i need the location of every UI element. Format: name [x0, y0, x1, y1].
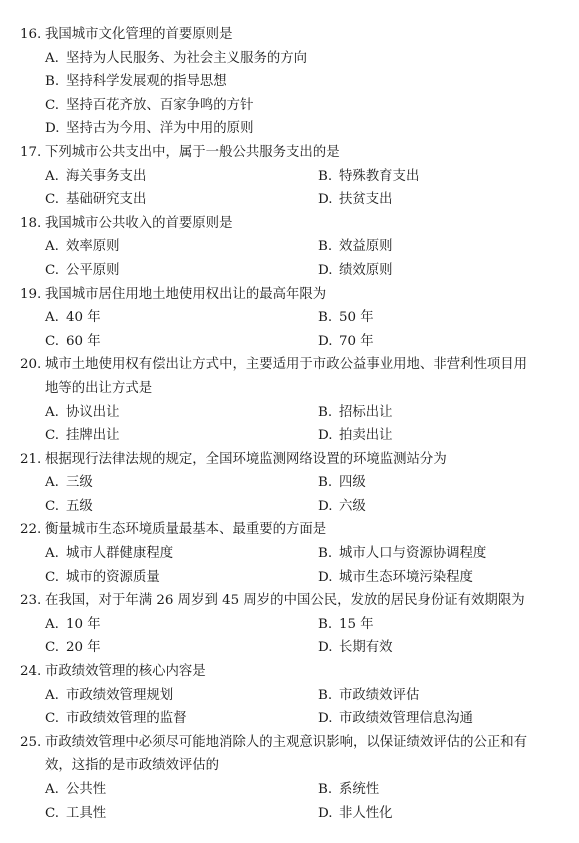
option-d: D.长期有效 [318, 636, 393, 660]
option-letter: D. [45, 117, 66, 141]
question-stem: 城市土地使用权有偿出让方式中，主要适用于市政公益事业用地、非营利性项目用 [45, 353, 527, 377]
question-16: 16. 我国城市文化管理的首要原则是 A.坚持为人民服务、为社会主义服务的方向 … [0, 23, 579, 141]
option-c: C.60 年 [45, 330, 101, 354]
option-d: D.非人性化 [318, 802, 393, 826]
question-number: 18. [20, 212, 41, 236]
question-22: 22. 衡量城市生态环境质量最基本、最重要的方面是 A.城市人群健康程度 B.城… [0, 518, 579, 589]
option-letter: B. [318, 401, 339, 425]
option-letter: A. [45, 778, 66, 802]
option-b: B.50 年 [318, 306, 374, 330]
question-21: 21. 根据现行法律法规的规定，全国环境监测网络设置的环境监测站分为 A.三级 … [0, 448, 579, 519]
option-text: 40 年 [66, 310, 101, 325]
option-b: B.效益原则 [318, 235, 393, 259]
option-letter: D. [318, 636, 339, 660]
question-stem: 我国城市公共收入的首要原则是 [45, 212, 232, 236]
option-c: C.基础研究支出 [45, 188, 146, 212]
option-text: 市政绩效评估 [339, 688, 419, 703]
option-letter: A. [45, 165, 66, 189]
question-19: 19. 我国城市居住用地土地使用权出让的最高年限为 A.40 年 B.50 年 … [0, 283, 579, 354]
option-text: 拍卖出让 [339, 428, 393, 443]
question-number: 17. [20, 141, 41, 165]
option-d: D.城市生态环境污染程度 [318, 566, 473, 590]
question-stem: 根据现行法律法规的规定，全国环境监测网络设置的环境监测站分为 [45, 448, 447, 472]
option-b: B.15 年 [318, 613, 374, 637]
option-b: B.四级 [318, 471, 366, 495]
question-number: 19. [20, 283, 41, 307]
option-d: D.拍卖出让 [318, 424, 393, 448]
option-a: A.公共性 [45, 778, 106, 802]
option-text: 六级 [339, 499, 366, 514]
option-letter: D. [318, 424, 339, 448]
option-letter: B. [318, 778, 339, 802]
option-text: 60 年 [66, 334, 101, 349]
exam-page: 16. 我国城市文化管理的首要原则是 A.坚持为人民服务、为社会主义服务的方向 … [0, 23, 579, 825]
option-d: D.扶贫支出 [318, 188, 393, 212]
option-c: C.城市的资源质量 [45, 566, 160, 590]
option-c: C.公平原则 [45, 259, 120, 283]
option-text: 市政绩效管理规划 [66, 688, 173, 703]
option-letter: B. [318, 306, 339, 330]
option-text: 基础研究支出 [66, 192, 146, 207]
option-letter: C. [45, 802, 66, 826]
question-number: 23. [20, 589, 41, 613]
question-number: 16. [20, 23, 41, 47]
option-letter: A. [45, 401, 66, 425]
question-stem-line: 16. 我国城市文化管理的首要原则是 [0, 23, 579, 47]
option-letter: C. [45, 330, 66, 354]
option-letter: A. [45, 47, 66, 71]
option-letter: B. [45, 70, 66, 94]
option-letter: A. [45, 306, 66, 330]
question-number: 24. [20, 660, 41, 684]
option-text: 非人性化 [339, 806, 393, 821]
option-text: 效率原则 [66, 239, 120, 254]
option-letter: A. [45, 471, 66, 495]
option-text: 城市的资源质量 [66, 570, 160, 585]
option-text: 扶贫支出 [339, 192, 393, 207]
question-stem: 我国城市文化管理的首要原则是 [45, 23, 232, 47]
option-text: 坚持古为今用、洋为中用的原则 [66, 121, 253, 136]
option-text: 招标出让 [339, 405, 393, 420]
option-a: A.三级 [45, 471, 93, 495]
option-d: D.市政绩效管理信息沟通 [318, 707, 473, 731]
option-letter: C. [45, 188, 66, 212]
option-text: 城市生态环境污染程度 [339, 570, 473, 585]
question-stem-continued: 效，这指的是市政绩效评估的 [45, 754, 219, 778]
option-d: D.绩效原则 [318, 259, 393, 283]
option-text: 市政绩效管理的监督 [66, 711, 187, 726]
option-letter: C. [45, 94, 66, 118]
option-a: A.效率原则 [45, 235, 120, 259]
option-letter: B. [318, 235, 339, 259]
option-text: 公共性 [66, 782, 106, 797]
question-number: 25. [20, 731, 41, 755]
option-d: D.六级 [318, 495, 366, 519]
option-c: C.20 年 [45, 636, 101, 660]
option-letter: D. [318, 566, 339, 590]
option-text: 海关事务支出 [66, 169, 146, 184]
option-text: 三级 [66, 475, 93, 490]
option-letter: C. [45, 707, 66, 731]
question-number: 22. [20, 518, 41, 542]
option-c: C.坚持百花齐放、百家争鸣的方针 [45, 94, 253, 118]
option-letter: C. [45, 424, 66, 448]
option-a: A.协议出让 [45, 401, 120, 425]
question-stem: 衡量城市生态环境质量最基本、最重要的方面是 [45, 518, 326, 542]
option-text: 城市人群健康程度 [66, 546, 173, 561]
option-b: B.城市人口与资源协调程度 [318, 542, 486, 566]
option-text: 四级 [339, 475, 366, 490]
option-text: 15 年 [339, 617, 374, 632]
option-letter: B. [318, 471, 339, 495]
option-c: C.工具性 [45, 802, 106, 826]
option-b: B.特殊教育支出 [318, 165, 419, 189]
option-text: 特殊教育支出 [339, 169, 419, 184]
option-text: 长期有效 [339, 640, 393, 655]
option-letter: C. [45, 566, 66, 590]
option-d: D.70 年 [318, 330, 374, 354]
question-18: 18. 我国城市公共收入的首要原则是 A.效率原则 B.效益原则 C.公平原则 … [0, 212, 579, 283]
option-text: 市政绩效管理信息沟通 [339, 711, 473, 726]
option-text: 绩效原则 [339, 263, 393, 278]
question-stem-continued: 地等的出让方式是 [45, 377, 152, 401]
option-b: B.坚持科学发展观的指导思想 [45, 70, 227, 94]
option-letter: C. [45, 259, 66, 283]
question-20: 20. 城市土地使用权有偿出让方式中，主要适用于市政公益事业用地、非营利性项目用… [0, 353, 579, 447]
option-b: B.系统性 [318, 778, 379, 802]
question-number: 21. [20, 448, 41, 472]
option-text: 坚持百花齐放、百家争鸣的方针 [66, 98, 253, 113]
option-text: 坚持为人民服务、为社会主义服务的方向 [66, 51, 307, 66]
option-text: 10 年 [66, 617, 101, 632]
question-stem: 在我国，对于年满 26 周岁到 45 周岁的中国公民，发放的居民身份证有效期限为 [45, 589, 525, 613]
option-text: 协议出让 [66, 405, 120, 420]
question-17: 17. 下列城市公共支出中，属于一般公共服务支出的是 A.海关事务支出 B.特殊… [0, 141, 579, 212]
option-text: 公平原则 [66, 263, 120, 278]
option-d: D.坚持古为今用、洋为中用的原则 [45, 117, 253, 141]
question-stem: 市政绩效管理的核心内容是 [45, 660, 206, 684]
option-letter: B. [318, 165, 339, 189]
question-24: 24. 市政绩效管理的核心内容是 A.市政绩效管理规划 B.市政绩效评估 C.市… [0, 660, 579, 731]
option-letter: A. [45, 235, 66, 259]
option-a: A.城市人群健康程度 [45, 542, 173, 566]
option-text: 城市人口与资源协调程度 [339, 546, 486, 561]
question-stem: 市政绩效管理中必须尽可能地消除人的主观意识影响，以保证绩效评估的公正和有 [45, 731, 527, 755]
option-letter: D. [318, 330, 339, 354]
option-a: A.市政绩效管理规划 [45, 684, 173, 708]
question-23: 23. 在我国，对于年满 26 周岁到 45 周岁的中国公民，发放的居民身份证有… [0, 589, 579, 660]
option-letter: A. [45, 542, 66, 566]
option-letter: B. [318, 684, 339, 708]
option-c: C.五级 [45, 495, 93, 519]
option-b: B.招标出让 [318, 401, 393, 425]
option-letter: C. [45, 636, 66, 660]
question-number: 20. [20, 353, 41, 377]
option-letter: C. [45, 495, 66, 519]
option-a: A.海关事务支出 [45, 165, 146, 189]
option-text: 挂牌出让 [66, 428, 120, 443]
question-stem: 我国城市居住用地土地使用权出让的最高年限为 [45, 283, 326, 307]
option-text: 坚持科学发展观的指导思想 [66, 74, 227, 89]
option-a: A.坚持为人民服务、为社会主义服务的方向 [45, 47, 307, 71]
option-letter: A. [45, 684, 66, 708]
option-text: 效益原则 [339, 239, 393, 254]
option-letter: B. [318, 613, 339, 637]
option-letter: B. [318, 542, 339, 566]
option-letter: D. [318, 495, 339, 519]
option-a: A.10 年 [45, 613, 101, 637]
option-letter: D. [318, 707, 339, 731]
option-letter: D. [318, 802, 339, 826]
option-a: A.40 年 [45, 306, 101, 330]
option-text: 五级 [66, 499, 93, 514]
option-text: 50 年 [339, 310, 374, 325]
option-letter: A. [45, 613, 66, 637]
option-letter: D. [318, 259, 339, 283]
option-letter: D. [318, 188, 339, 212]
option-text: 70 年 [339, 334, 374, 349]
option-b: B.市政绩效评估 [318, 684, 419, 708]
option-c: C.市政绩效管理的监督 [45, 707, 187, 731]
question-stem: 下列城市公共支出中，属于一般公共服务支出的是 [45, 141, 340, 165]
option-text: 工具性 [66, 806, 106, 821]
option-c: C.挂牌出让 [45, 424, 120, 448]
option-text: 20 年 [66, 640, 101, 655]
option-text: 系统性 [339, 782, 379, 797]
question-25: 25. 市政绩效管理中必须尽可能地消除人的主观意识影响，以保证绩效评估的公正和有… [0, 731, 579, 825]
